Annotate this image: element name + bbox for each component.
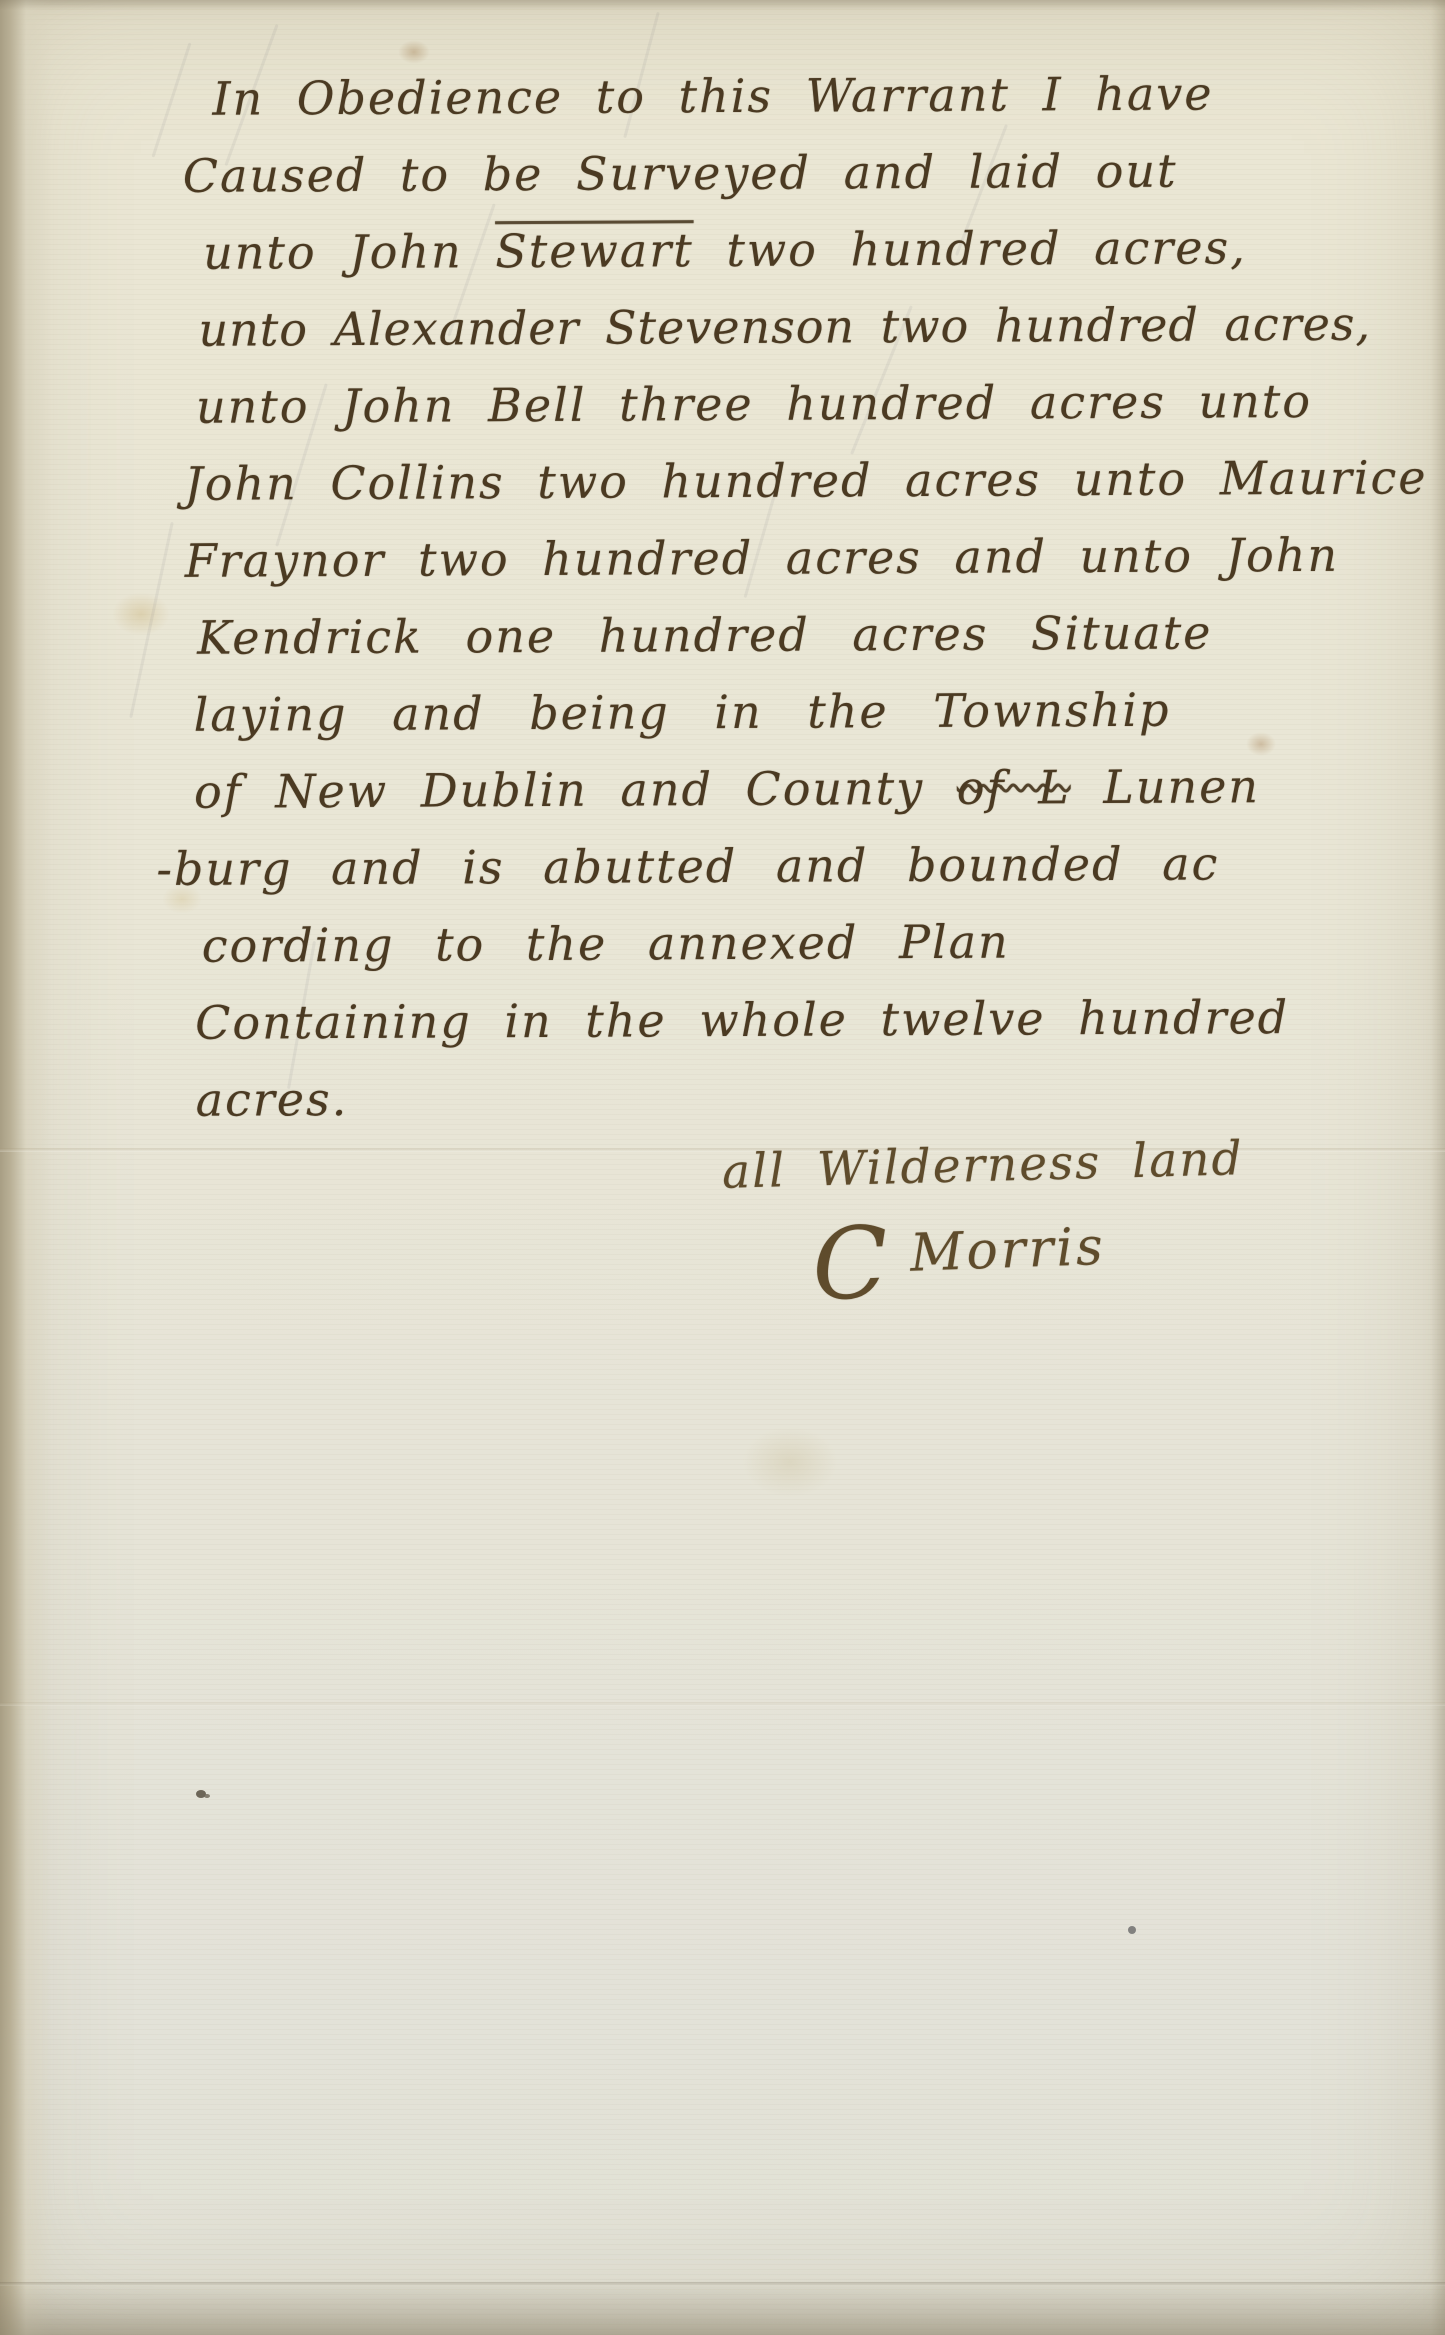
line-text: acres. bbox=[195, 1072, 348, 1127]
line-text: Containing in the whole twelve hundred bbox=[195, 990, 1289, 1050]
page-binding-edge bbox=[0, 0, 52, 2335]
ink-speck bbox=[1128, 1926, 1136, 1934]
manuscript-body: In Obedience to this Warrant I have Caus… bbox=[182, 55, 1278, 1139]
manuscript-line: Kendrick one hundred acres Situate bbox=[197, 594, 1275, 677]
line-text: two hundred acres, bbox=[694, 220, 1247, 277]
line-text: unto John Bell three hundred acres unto bbox=[196, 374, 1312, 434]
line-text: In Obedience to this Warrant I have bbox=[212, 66, 1213, 125]
manuscript-line: -burg and is abutted and bounded ac bbox=[156, 825, 1276, 908]
paper-stain bbox=[742, 1426, 838, 1498]
manuscript-line: John Collins two hundred acres unto Maur… bbox=[184, 440, 1274, 523]
closing-note: all Wilderness land bbox=[721, 1131, 1244, 1200]
manuscript-line: acres. bbox=[195, 1056, 1277, 1139]
manuscript-line: Containing in the whole twelve hundred bbox=[195, 979, 1277, 1062]
manuscript-line: laying and being in the Township bbox=[193, 671, 1275, 754]
manuscript-line: cording to the annexed Plan bbox=[202, 902, 1277, 985]
page-right-edge bbox=[1431, 0, 1445, 2335]
line-text: laying and being in the Township bbox=[193, 683, 1170, 742]
paper-stain bbox=[112, 592, 170, 636]
manuscript-line: Fraynor two hundred acres and unto John bbox=[185, 517, 1275, 600]
line-text: Caused to be Surveyed and laid out bbox=[183, 144, 1178, 203]
manuscript-line: unto John Bell three hundred acres unto bbox=[196, 363, 1274, 446]
manuscript-line: In Obedience to this Warrant I have bbox=[212, 55, 1272, 138]
line-text: Fraynor two hundred acres and unto John bbox=[185, 528, 1339, 588]
page-top-edge bbox=[0, 0, 1445, 10]
line-text: unto Alexander Stevenson two hundred acr… bbox=[198, 297, 1371, 357]
line-text: of New Dublin and County bbox=[194, 761, 957, 819]
line-text: Lunen bbox=[1071, 759, 1261, 814]
manuscript-line: of New Dublin and County of L Lunen bbox=[194, 748, 1276, 831]
page-bottom-edge bbox=[0, 2280, 1445, 2335]
line-text: cording to the annexed Plan bbox=[202, 915, 1010, 973]
overlined-word: Stewart bbox=[495, 223, 694, 278]
manuscript-line: unto John Stewart two hundred acres, bbox=[203, 209, 1273, 292]
line-text: Kendrick one hundred acres Situate bbox=[197, 605, 1213, 664]
manuscript-line: unto Alexander Stevenson two hundred acr… bbox=[198, 286, 1273, 369]
ink-speck bbox=[196, 1790, 206, 1798]
manuscript-line: Caused to be Surveyed and laid out bbox=[183, 132, 1273, 215]
line-text: -burg and is abutted and bounded ac bbox=[156, 836, 1219, 896]
line-text: unto John bbox=[203, 224, 495, 280]
signature: C Morris bbox=[811, 1217, 1107, 1287]
struck-out-word: of L bbox=[957, 760, 1071, 815]
fold-crease bbox=[0, 1702, 1445, 1706]
fold-crease bbox=[0, 2282, 1445, 2286]
manuscript-page: In Obedience to this Warrant I have Caus… bbox=[0, 0, 1445, 2335]
line-text: John Collins two hundred acres unto Maur… bbox=[184, 450, 1427, 511]
